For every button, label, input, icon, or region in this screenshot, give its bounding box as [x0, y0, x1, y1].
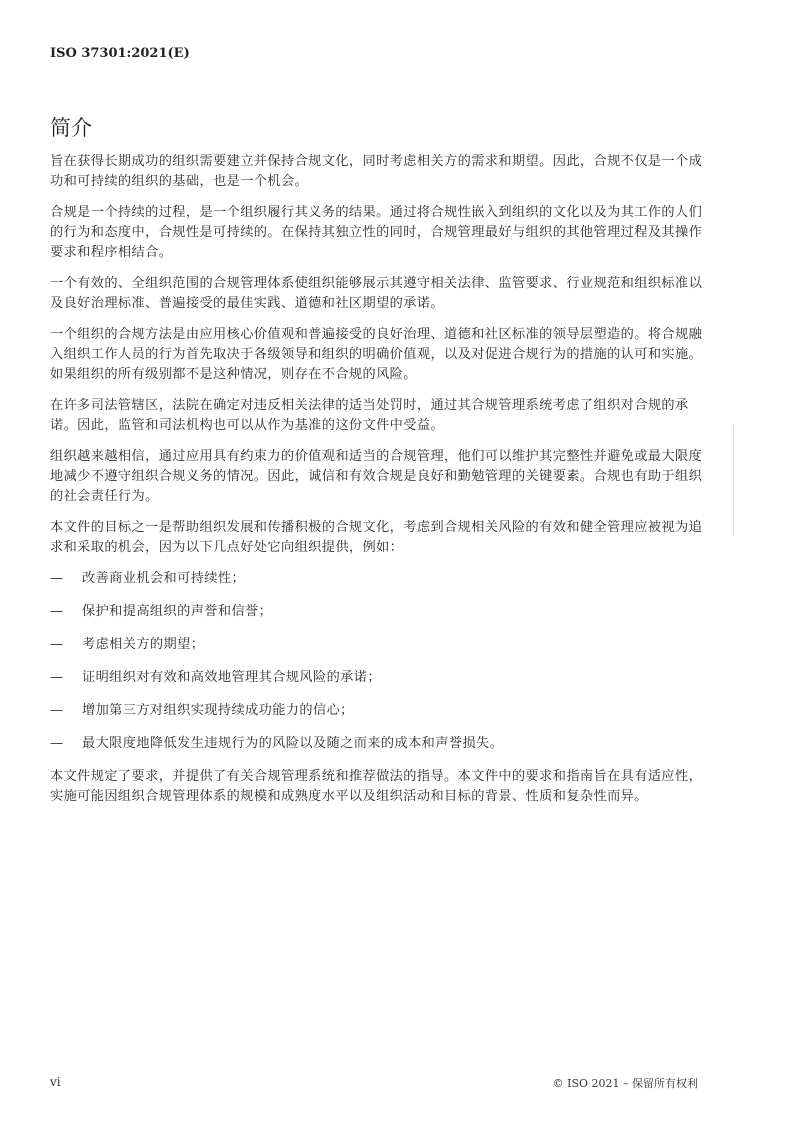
benefits-list: —改善商业机会和可持续性； —保护和提高组织的声誉和信誉； —考虑相关方的期望；… [50, 569, 710, 754]
margin-mark [733, 425, 734, 535]
list-item: —最大限度地降低发生违规行为的风险以及随之而来的成本和声誉损失。 [50, 734, 710, 754]
closing-paragraph: 本文件规定了要求，并提供了有关合规管理系统和推荐做法的指导。本文件中的要求和指南… [50, 767, 710, 807]
paragraph: 本文件的目标之一是帮助组织发展和传播积极的合规文化，考虑到合规相关风险的有效和健… [50, 518, 710, 558]
page-number: vi [50, 1075, 61, 1089]
list-item: —保护和提高组织的声誉和信誉； [50, 602, 710, 622]
list-item: —考虑相关方的期望； [50, 635, 710, 655]
paragraph: 合规是一个持续的过程，是一个组织履行其义务的结果。通过将合规性嵌入到组织的文化以… [50, 203, 710, 263]
paragraph: 旨在获得长期成功的组织需要建立并保持合规文化，同时考虑相关方的需求和期望。因此，… [50, 152, 710, 192]
dash-bullet-icon: — [50, 635, 82, 655]
list-item: —增加第三方对组织实现持续成功能力的信心； [50, 701, 710, 721]
document-body: 旨在获得长期成功的组织需要建立并保持合规文化，同时考虑相关方的需求和期望。因此，… [50, 152, 710, 818]
dash-bullet-icon: — [50, 602, 82, 622]
paragraph: 在许多司法管辖区，法院在确定对违反相关法律的适当处罚时，通过其合规管理系统考虑了… [50, 396, 710, 436]
dash-bullet-icon: — [50, 569, 82, 589]
paragraph: 一个有效的、全组织范围的合规管理体系使组织能够展示其遵守相关法律、监管要求、行业… [50, 274, 710, 314]
list-item: —改善商业机会和可持续性； [50, 569, 710, 589]
paragraph: 组织越来越相信，通过应用具有约束力的价值观和适当的合规管理，他们可以维护其完整性… [50, 447, 710, 507]
copyright-notice: © ISO 2021 – 保留所有权利 [553, 1075, 698, 1091]
dash-bullet-icon: — [50, 701, 82, 721]
dash-bullet-icon: — [50, 668, 82, 688]
dash-bullet-icon: — [50, 734, 82, 754]
paragraph: 一个组织的合规方法是由应用核心价值观和普遍接受的良好治理、道德和社区标准的领导层… [50, 325, 710, 385]
list-item: —证明组织对有效和高效地管理其合规风险的承诺； [50, 668, 710, 688]
document-id: ISO 37301:2021(E) [50, 46, 190, 61]
page-title: 简介 [50, 112, 92, 142]
